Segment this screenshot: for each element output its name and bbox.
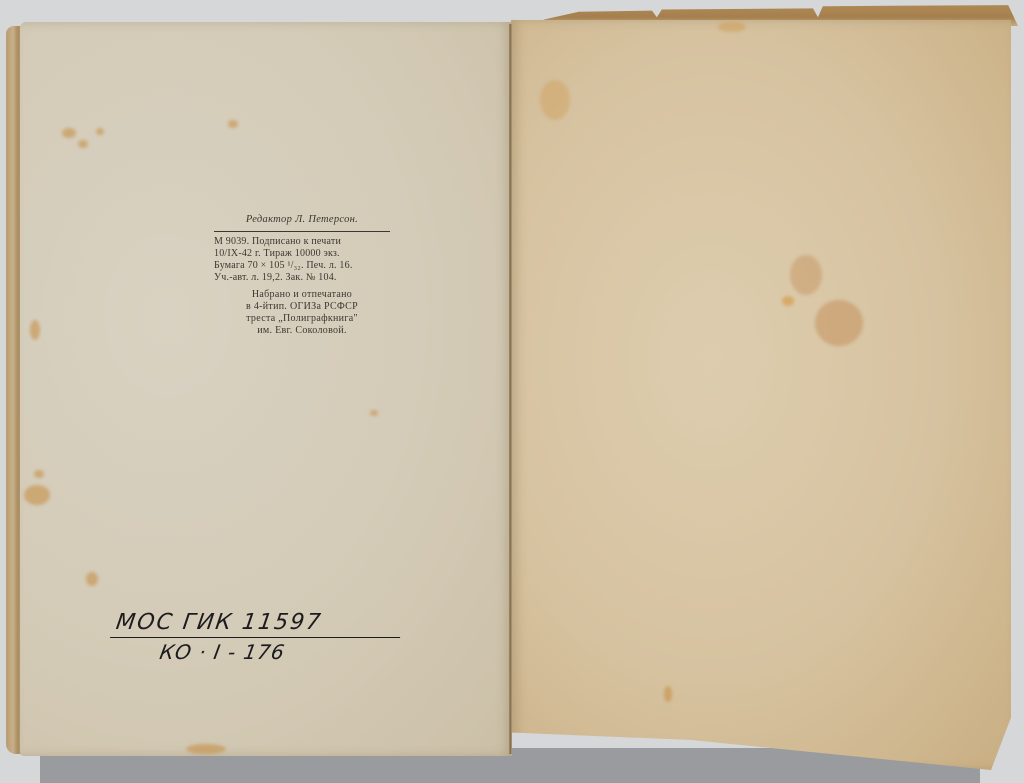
stain <box>62 128 76 138</box>
printer-line: в 4-йтип. ОГИЗа РСФСР <box>214 301 390 313</box>
stain <box>24 485 50 505</box>
stain <box>186 744 226 754</box>
open-book: Редактор Л. Петерсон. М 9039. Подписано … <box>0 0 1024 783</box>
colophon-imprint: Редактор Л. Петерсон. М 9039. Подписано … <box>214 214 390 337</box>
printer-line: треста „Полиграфкнига" <box>214 313 390 325</box>
stain <box>540 80 570 120</box>
imprint-line: Уч.-авт. л. 19,2. Зак. № 104. <box>214 272 390 284</box>
stain <box>718 22 746 32</box>
inventory-number: МОС ГИК 11597 <box>110 610 404 638</box>
imprint-line: М 9039. Подписано к печати <box>214 236 390 248</box>
editor-credit: Редактор Л. Петерсон. <box>214 214 390 232</box>
inventory-code: КО · I - 176 <box>110 640 404 664</box>
stain <box>78 140 88 148</box>
handwritten-inventory-mark: МОС ГИК 11597 КО · I - 176 <box>112 610 402 664</box>
stain <box>815 300 863 346</box>
stain <box>34 470 44 478</box>
imprint-line: 10/IX-42 г. Тираж 10000 экз. <box>214 248 390 260</box>
book-gutter <box>509 24 512 754</box>
right-page <box>511 20 1011 770</box>
stain <box>790 255 822 295</box>
stain <box>96 128 104 135</box>
stain <box>782 296 794 306</box>
stain <box>30 320 40 340</box>
stain <box>370 410 378 416</box>
stain <box>228 120 238 128</box>
stain <box>86 572 98 586</box>
printer-info: Набрано и отпечатано в 4-йтип. ОГИЗа РСФ… <box>214 289 390 337</box>
printer-line: им. Евг. Соколовой. <box>214 325 390 337</box>
printer-line: Набрано и отпечатано <box>214 289 390 301</box>
imprint-line: Бумага 70 × 105 ¹/₃₂. Печ. л. 16. <box>214 260 390 272</box>
stain <box>664 686 672 702</box>
